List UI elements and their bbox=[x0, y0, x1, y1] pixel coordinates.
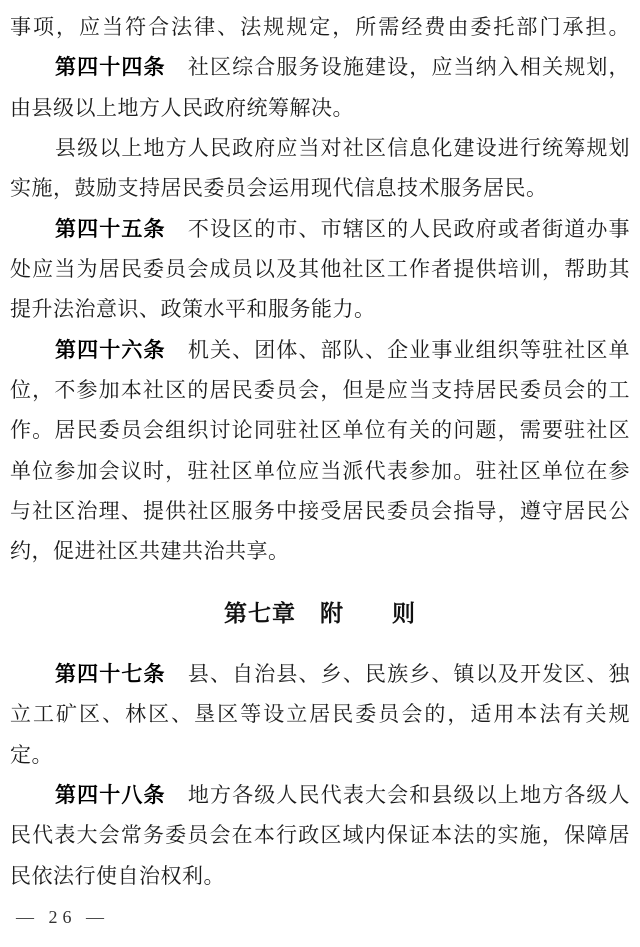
chapter-heading: 第七章 附 则 bbox=[10, 594, 630, 634]
text-line: 单位参加会议时，驻社区单位应当派代表参加。驻社区单位在参 bbox=[10, 451, 630, 491]
text-line: 定。 bbox=[10, 735, 630, 775]
text-line: 第四十四条 社区综合服务设施建设，应当纳入相关规划， bbox=[10, 47, 630, 87]
text-line: 立工矿区、林区、垦区等设立居民委员会的，适用本法有关规 bbox=[10, 694, 630, 734]
text-line: 第四十六条 机关、团体、部队、企业事业组织等驻社区单 bbox=[10, 330, 630, 370]
document-page: 事项，应当符合法律、法规规定，所需经费由委托部门承担。第四十四条 社区综合服务设… bbox=[0, 0, 640, 947]
article-number: 第四十八条 bbox=[55, 783, 166, 807]
text-line: 由县级以上地方人民政府统筹解决。 bbox=[10, 88, 630, 128]
page-number: — 26 — bbox=[10, 904, 630, 930]
article-number: 第四十六条 bbox=[55, 338, 166, 362]
document-body: 事项，应当符合法律、法规规定，所需经费由委托部门承担。第四十四条 社区综合服务设… bbox=[10, 7, 630, 896]
text-line: 位，不参加本社区的居民委员会，但是应当支持居民委员会的工 bbox=[10, 370, 630, 410]
text-line: 与社区治理、提供社区服务中接受居民委员会指导，遵守居民公 bbox=[10, 491, 630, 531]
text-line: 处应当为居民委员会成员以及其他社区工作者提供培训，帮助其 bbox=[10, 249, 630, 289]
text-line: 县级以上地方人民政府应当对社区信息化建设进行统筹规划 bbox=[10, 128, 630, 168]
article-number: 第四十五条 bbox=[55, 217, 166, 241]
text-line: 作。居民委员会组织讨论同驻社区单位有关的问题，需要驻社区 bbox=[10, 410, 630, 450]
text-line: 事项，应当符合法律、法规规定，所需经费由委托部门承担。 bbox=[10, 7, 630, 47]
article-number: 第四十七条 bbox=[55, 662, 166, 686]
text-line: 民依法行使自治权利。 bbox=[10, 856, 630, 896]
article-number: 第四十四条 bbox=[55, 55, 166, 79]
text-line: 提升法治意识、政策水平和服务能力。 bbox=[10, 289, 630, 329]
text-line: 民代表大会常务委员会在本行政区域内保证本法的实施，保障居 bbox=[10, 815, 630, 855]
text-line: 第四十八条 地方各级人民代表大会和县级以上地方各级人 bbox=[10, 775, 630, 815]
text-line: 实施，鼓励支持居民委员会运用现代信息技术服务居民。 bbox=[10, 168, 630, 208]
text-line: 约，促进社区共建共治共享。 bbox=[10, 531, 630, 571]
text-line: 第四十七条 县、自治县、乡、民族乡、镇以及开发区、独 bbox=[10, 654, 630, 694]
text-line: 第四十五条 不设区的市、市辖区的人民政府或者街道办事 bbox=[10, 209, 630, 249]
